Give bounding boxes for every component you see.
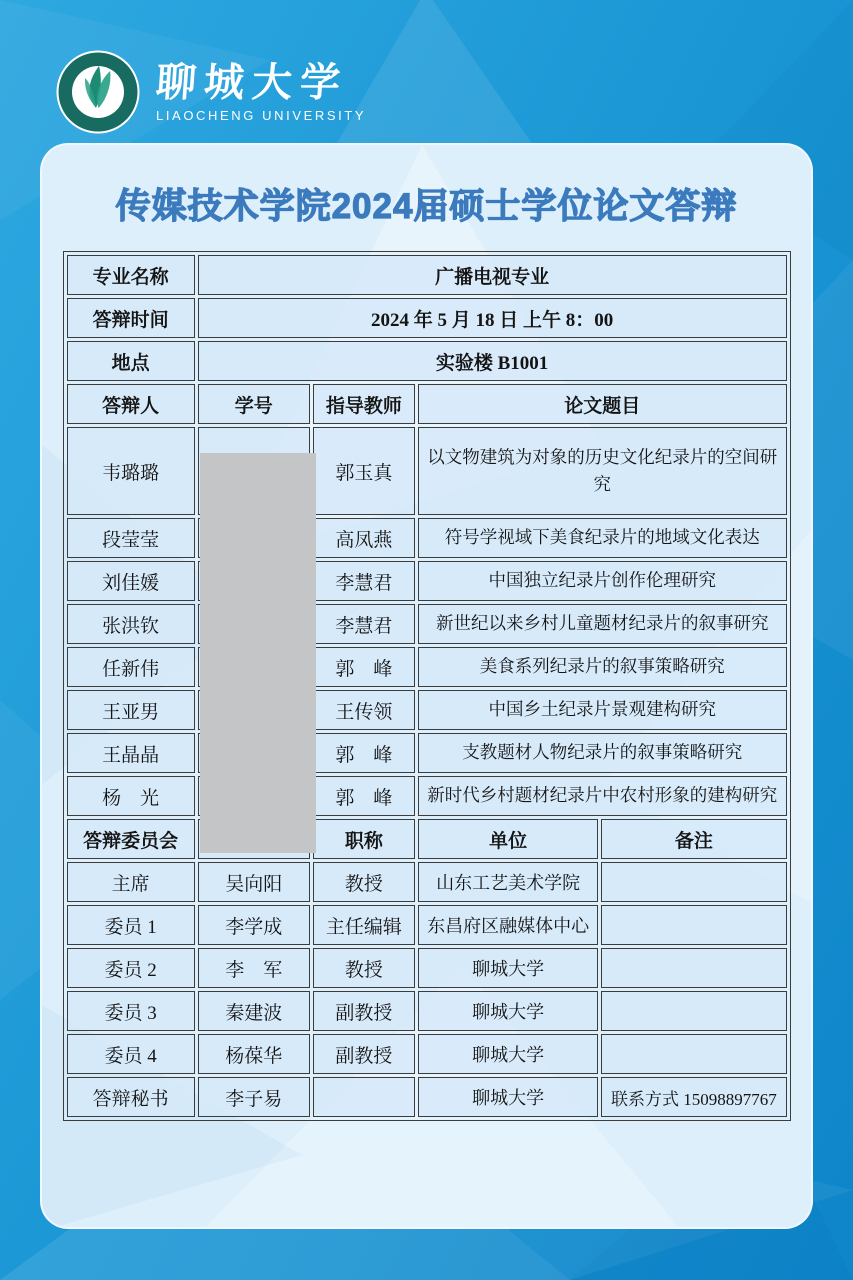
info-row-time: 答辩时间 2024 年 5 月 18 日 上午 8：00 [67,298,787,338]
thesis-title-cell: 美食系列纪录片的叙事策略研究 [418,647,787,687]
defense-row: 段莹莹 高凤燕 符号学视域下美食纪录片的地域文化表达 [67,518,787,558]
committee-name-cell: 秦建波 [198,991,310,1031]
defense-row: 杨 光 郭 峰 新时代乡村题材纪录片中农村形象的建构研究 [67,776,787,816]
info-label-major: 专业名称 [67,255,195,295]
thesis-title-cell: 以文物建筑为对象的历史文化纪录片的空间研究 [418,427,787,515]
thesis-title-cell: 支教题材人物纪录片的叙事策略研究 [418,733,787,773]
advisor-cell: 郭玉真 [313,427,415,515]
advisor-cell: 郭 峰 [313,776,415,816]
committee-title-cell: 主任编辑 [313,905,415,945]
committee-unit-cell: 聊城大学 [418,991,598,1031]
header-committee: 答辩委员会 [67,819,195,859]
committee-note-cell: 联系方式 15098897767 [601,1077,786,1117]
university-name-cn: 聊城大学 [155,62,368,104]
advisor-cell: 李慧君 [313,604,415,644]
committee-row: 答辩秘书 李子易 聊城大学 联系方式 15098897767 [67,1077,787,1117]
committee-title-cell: 副教授 [313,1034,415,1074]
candidate-name-cell: 王亚男 [67,690,195,730]
committee-role-cell: 主席 [67,862,195,902]
announcement-card: 传媒技术学院2024届硕士学位论文答辩 专业名称 广播电视专业 答辩时间 202… [40,143,813,1229]
committee-name-cell: 杨葆华 [198,1034,310,1074]
page-title: 传媒技术学院2024届硕士学位论文答辩 [54,179,799,229]
committee-row: 委员 3 秦建波 副教授 聊城大学 [67,991,787,1031]
committee-row: 委员 1 李学成 主任编辑 东昌府区融媒体中心 [67,905,787,945]
thesis-title-cell: 符号学视域下美食纪录片的地域文化表达 [418,518,787,558]
candidate-name-cell: 王晶晶 [67,733,195,773]
committee-role-cell: 委员 4 [67,1034,195,1074]
committee-title-cell: 副教授 [313,991,415,1031]
committee-name-cell: 吴向阳 [198,862,310,902]
committee-name-cell: 李学成 [198,905,310,945]
committee-role-cell: 委员 2 [67,948,195,988]
candidate-name-cell: 杨 光 [67,776,195,816]
defense-schedule-table: 专业名称 广播电视专业 答辩时间 2024 年 5 月 18 日 上午 8：00… [63,251,791,1121]
committee-role-cell: 委员 1 [67,905,195,945]
committee-unit-cell: 聊城大学 [418,1034,598,1074]
info-value-time: 2024 年 5 月 18 日 上午 8：00 [198,298,787,338]
defense-row: 王晶晶 郭 峰 支教题材人物纪录片的叙事策略研究 [67,733,787,773]
thesis-title-cell: 中国乡土纪录片景观建构研究 [418,690,787,730]
committee-name-cell: 李子易 [198,1077,310,1117]
committee-title-cell: 教授 [313,862,415,902]
committee-unit-cell: 山东工艺美术学院 [418,862,598,902]
header-title: 职称 [313,819,415,859]
university-badge-icon [56,50,140,134]
header-note: 备注 [601,819,786,859]
advisor-cell: 李慧君 [313,561,415,601]
committee-unit-cell: 聊城大学 [418,1077,598,1117]
candidate-name-cell: 任新伟 [67,647,195,687]
thesis-title-cell: 中国独立纪录片创作伦理研究 [418,561,787,601]
committee-title-cell [313,1077,415,1117]
header-unit: 单位 [418,819,598,859]
advisor-cell: 郭 峰 [313,647,415,687]
thesis-title-cell: 新时代乡村题材纪录片中农村形象的建构研究 [418,776,787,816]
advisor-cell: 郭 峰 [313,733,415,773]
candidate-name-cell: 韦璐璐 [67,427,195,515]
university-logo-header: 聊城大学 LIAOCHENG UNIVERSITY [56,50,366,134]
defense-header-row: 答辩人 学号 指导教师 论文题目 [67,384,787,424]
committee-header-row: 答辩委员会 姓名 职称 单位 备注 [67,819,787,859]
defense-row: 张洪钦 李慧君 新世纪以来乡村儿童题材纪录片的叙事研究 [67,604,787,644]
header-advisor: 指导教师 [313,384,415,424]
university-name-en: LIAOCHENG UNIVERSITY [156,108,366,123]
defense-row: 韦璐璐 郭玉真 以文物建筑为对象的历史文化纪录片的空间研究 [67,427,787,515]
committee-name-cell: 李 军 [198,948,310,988]
candidate-name-cell: 刘佳媛 [67,561,195,601]
info-value-location: 实验楼 B1001 [198,341,787,381]
info-row-location: 地点 实验楼 B1001 [67,341,787,381]
student-id-redaction-box [200,453,316,853]
info-label-time: 答辩时间 [67,298,195,338]
committee-note-cell [601,862,786,902]
defense-row: 任新伟 郭 峰 美食系列纪录片的叙事策略研究 [67,647,787,687]
committee-row: 主席 吴向阳 教授 山东工艺美术学院 [67,862,787,902]
advisor-cell: 高凤燕 [313,518,415,558]
committee-role-cell: 答辩秘书 [67,1077,195,1117]
committee-row: 委员 4 杨葆华 副教授 聊城大学 [67,1034,787,1074]
committee-unit-cell: 东昌府区融媒体中心 [418,905,598,945]
advisor-cell: 王传领 [313,690,415,730]
thesis-title-cell: 新世纪以来乡村儿童题材纪录片的叙事研究 [418,604,787,644]
candidate-name-cell: 张洪钦 [67,604,195,644]
committee-note-cell [601,1034,786,1074]
candidate-name-cell: 段莹莹 [67,518,195,558]
info-label-location: 地点 [67,341,195,381]
info-value-major: 广播电视专业 [198,255,787,295]
committee-note-cell [601,991,786,1031]
committee-row: 委员 2 李 军 教授 聊城大学 [67,948,787,988]
header-candidate: 答辩人 [67,384,195,424]
committee-title-cell: 教授 [313,948,415,988]
committee-note-cell [601,948,786,988]
schedule-table-wrap: 专业名称 广播电视专业 答辩时间 2024 年 5 月 18 日 上午 8：00… [63,251,791,1121]
committee-unit-cell: 聊城大学 [418,948,598,988]
defense-row: 王亚男 王传领 中国乡土纪录片景观建构研究 [67,690,787,730]
committee-note-cell [601,905,786,945]
header-student-id: 学号 [198,384,310,424]
info-row-major: 专业名称 广播电视专业 [67,255,787,295]
header-thesis: 论文题目 [418,384,787,424]
committee-role-cell: 委员 3 [67,991,195,1031]
defense-row: 刘佳媛 李慧君 中国独立纪录片创作伦理研究 [67,561,787,601]
